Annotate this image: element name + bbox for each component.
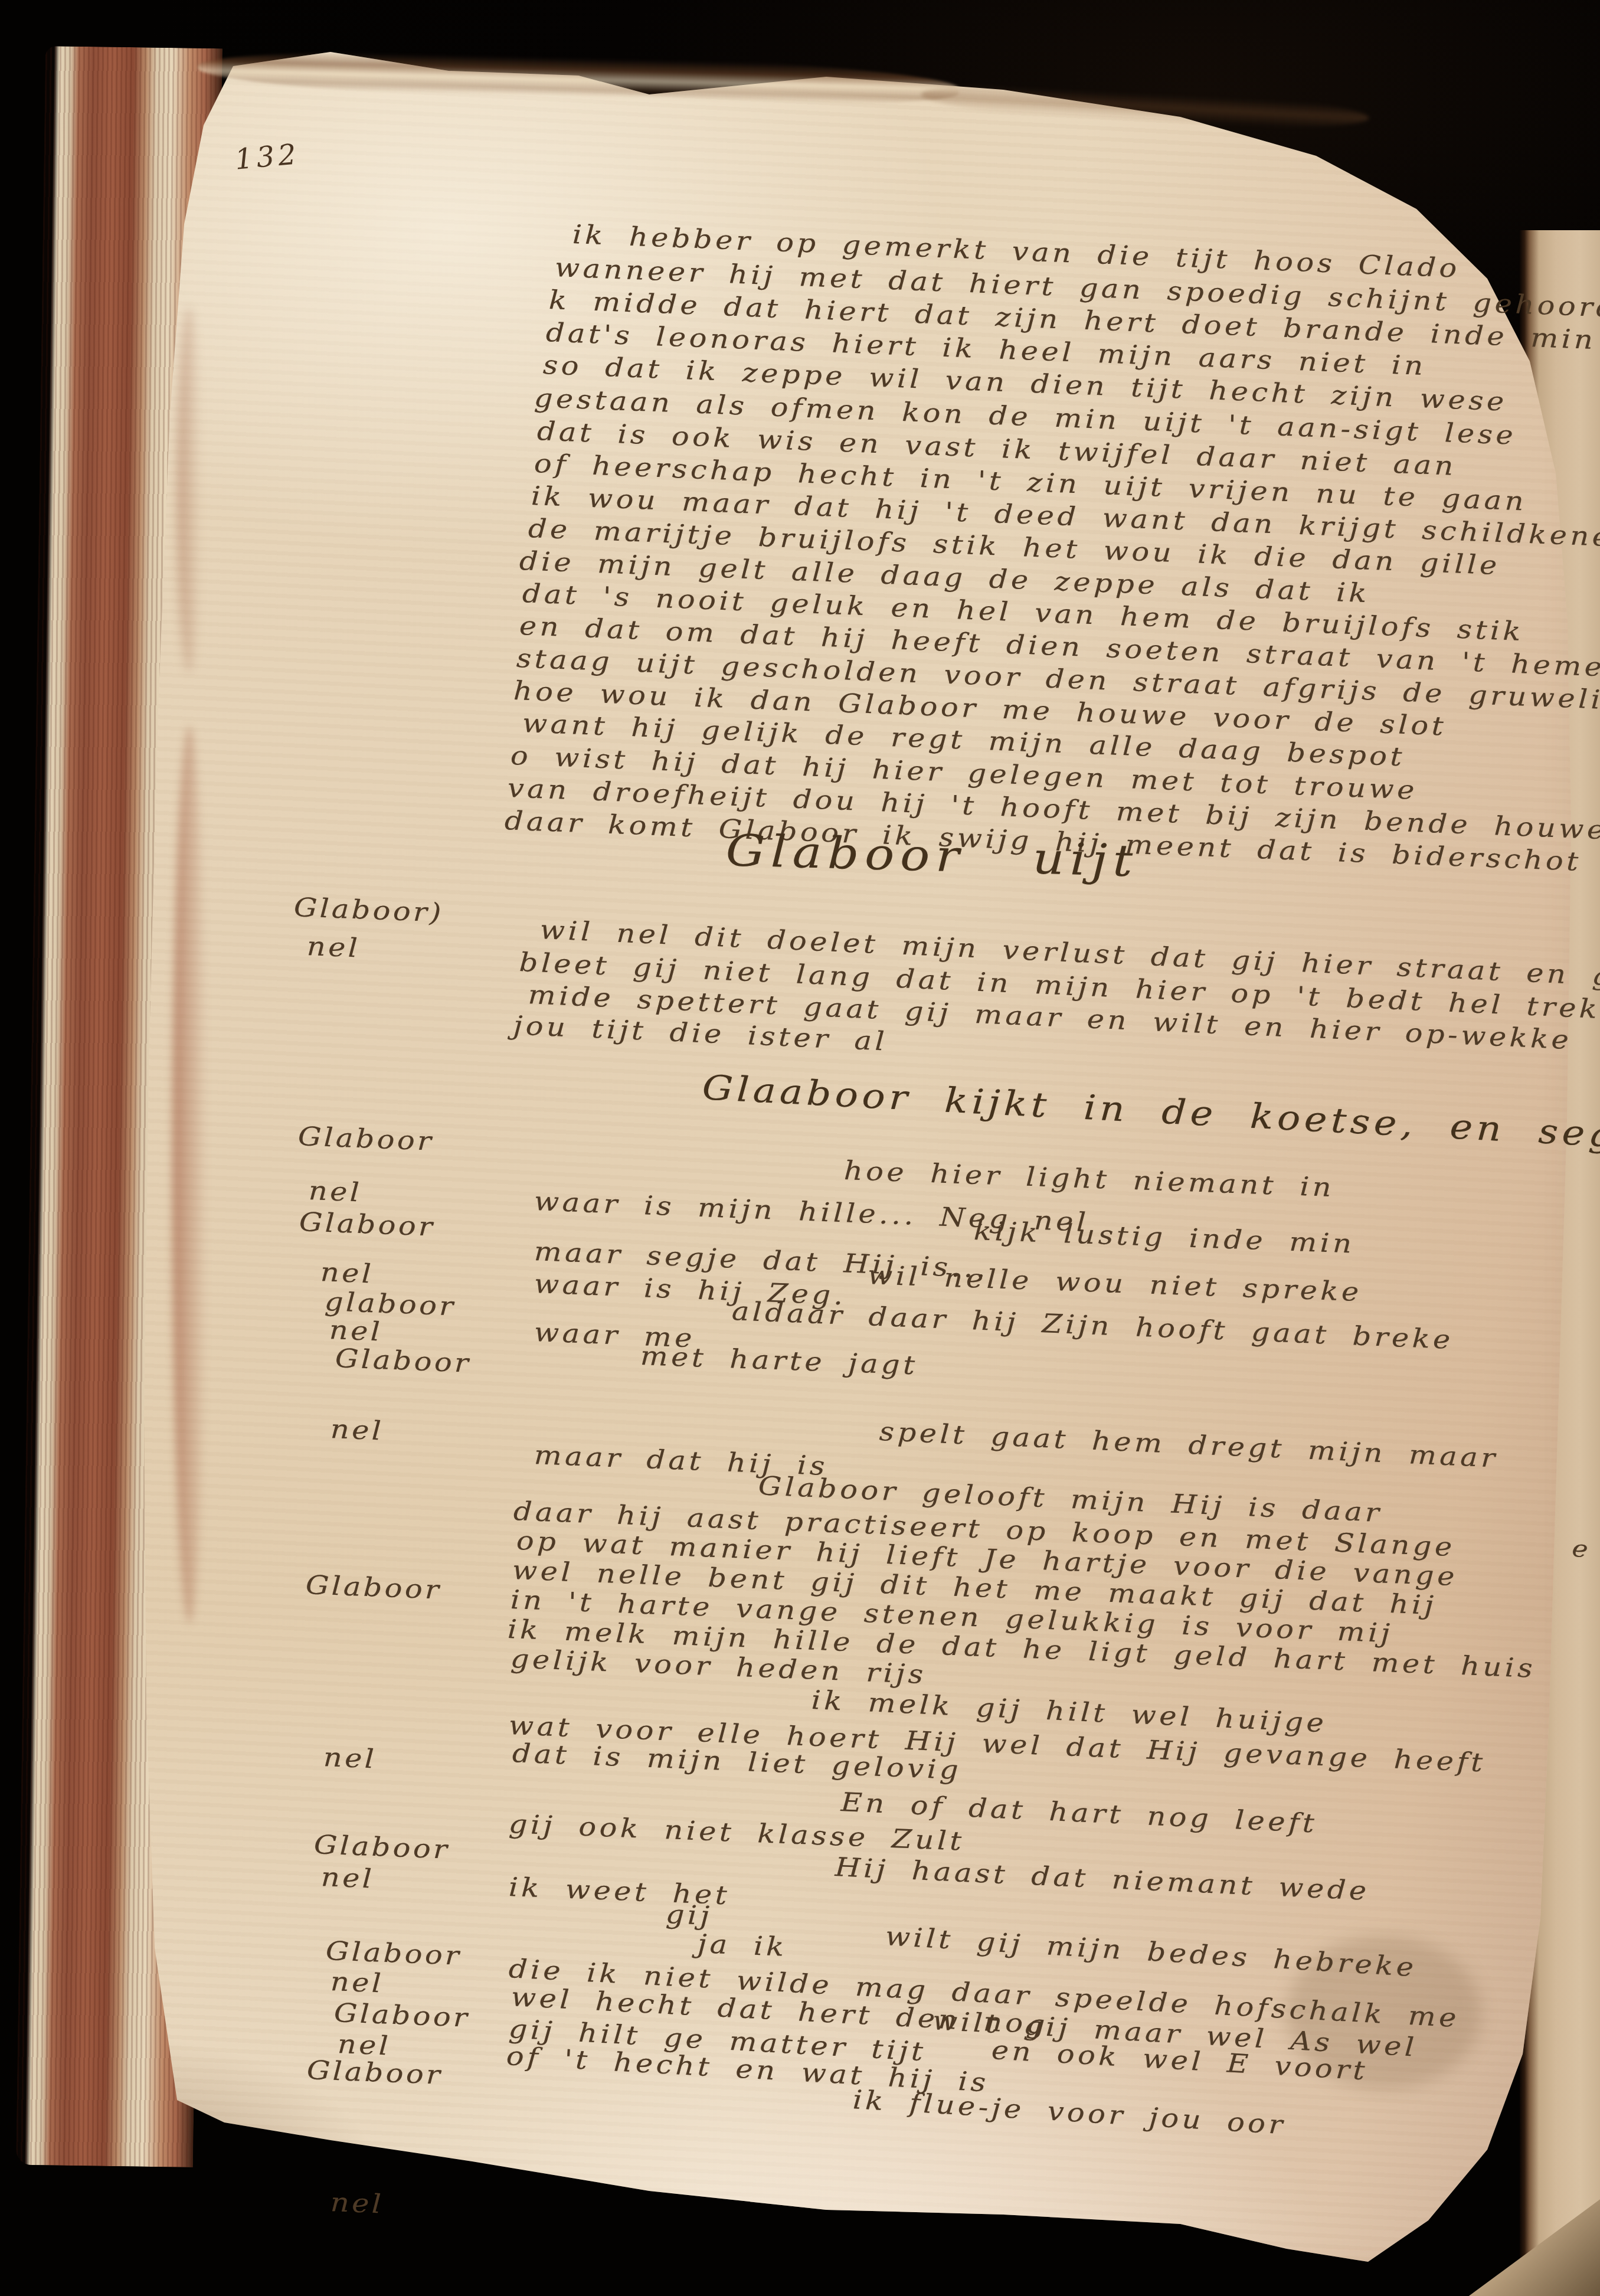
speaker-label: Glaboor [333, 1998, 470, 2033]
manuscript-line: ja ik [697, 1929, 788, 1963]
folio-number: 132 [234, 138, 301, 176]
speaker-label: Glaboor [306, 2055, 443, 2091]
speaker-label: Glaboor [305, 1570, 442, 1605]
speaker-label: nel [330, 1967, 384, 1999]
speaker-label: nel [320, 1862, 375, 1894]
manuscript-line: gij [665, 1899, 713, 1931]
red-edge-smudge [177, 307, 201, 673]
manuscript-photo: 132 ik hebber op gemerkt van die tijt ho… [0, 0, 1600, 2296]
speaker-label: nel [308, 1176, 362, 1208]
speaker-label: nel [320, 1257, 374, 1289]
speaker-label: Glaboor [325, 1936, 462, 1971]
speaker-label: nel [329, 1315, 383, 1347]
speaker-label: Glaboor) [293, 892, 444, 928]
speaker-label: nel [306, 931, 361, 963]
speaker-label: nel [323, 1742, 377, 1774]
speaker-label: nel [330, 1414, 384, 1446]
red-edge-smudge [172, 726, 207, 1623]
scene-heading: Glaboor uijt [725, 825, 1139, 887]
speaker-label: Glaboor [335, 1343, 472, 1379]
speaker-label: nel [330, 2187, 384, 2219]
speaker-label: Glaboor [299, 1207, 436, 1242]
speaker-label: Glaboor [297, 1121, 434, 1157]
speaker-label: Glaboor [313, 1830, 450, 1865]
stray-ink: e [1570, 1535, 1593, 1564]
